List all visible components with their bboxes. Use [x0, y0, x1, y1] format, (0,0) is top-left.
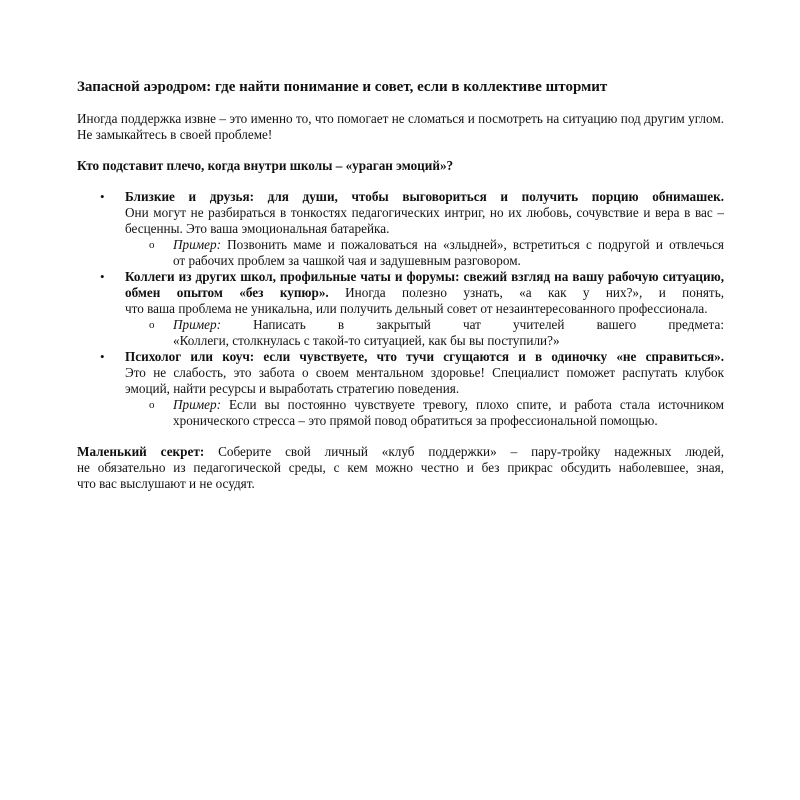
secret-label: Маленький секрет:	[77, 444, 204, 459]
list-item-line: эмоций, найти ресурсы и выработать страт…	[125, 381, 724, 397]
bullet-icon: •	[100, 189, 105, 205]
example-line: «Коллеги, столкнулась с такой-то ситуаци…	[173, 333, 724, 349]
bullet-icon: •	[100, 349, 105, 365]
example-label: Пример:	[173, 237, 221, 252]
example-item: oПример: Позвонить маме и пожаловаться н…	[77, 237, 724, 269]
list-item-line: обмен опытом «без купюр». Иногда полезно…	[125, 285, 724, 301]
example-item: oПример: Если вы постоянно чувствуете тр…	[77, 397, 724, 429]
list-item-line: Близкие и друзья: для души, чтобы выгово…	[125, 189, 724, 205]
secret-line: что вас выслушают и не осудят.	[77, 476, 724, 492]
document-page: Запасной аэродром: где найти понимание и…	[77, 78, 724, 492]
example-line: Пример: Если вы постоянно чувствуете тре…	[173, 397, 724, 413]
example-line: Пример: Позвонить маме и пожаловаться на…	[173, 237, 724, 253]
list-item-heading: Близкие и друзья: для души, чтобы выгово…	[125, 189, 724, 204]
example-line: хронического стресса – это прямой повод …	[173, 413, 724, 429]
support-list: •Близкие и друзья: для души, чтобы выгов…	[77, 189, 724, 429]
example-line: от рабочих проблем за чашкой чая и задуш…	[173, 253, 724, 269]
secret-line: Маленький секрет: Соберите свой личный «…	[77, 444, 724, 460]
sub-bullet-icon: o	[149, 397, 155, 413]
list-item-line: Коллеги из других школ, профильные чаты …	[125, 269, 724, 285]
secret-paragraph: Маленький секрет: Соберите свой личный «…	[77, 444, 724, 492]
list-item-line: Психолог или коуч: если чувствуете, что …	[125, 349, 724, 365]
sub-bullet-icon: o	[149, 317, 155, 333]
example-label: Пример:	[173, 397, 221, 412]
bullet-icon: •	[100, 269, 105, 285]
sub-bullet-icon: o	[149, 237, 155, 253]
example-line: Пример: Написать в закрытый чат учителей…	[173, 317, 724, 333]
section-heading: Кто подставит плечо, когда внутри школы …	[77, 158, 724, 174]
list-item-heading: обмен опытом «без купюр».	[125, 285, 329, 300]
list-item-line: Они могут не разбираться в тонкостях пед…	[125, 205, 724, 221]
list-item-heading: Психолог или коуч: если чувствуете, что …	[125, 349, 724, 364]
intro-line: Иногда поддержка извне – это именно то, …	[77, 111, 724, 127]
list-item: •Психолог или коуч: если чувствуете, что…	[77, 349, 724, 397]
example-item: oПример: Написать в закрытый чат учителе…	[77, 317, 724, 349]
example-label: Пример:	[173, 317, 221, 332]
list-item: •Близкие и друзья: для души, чтобы выгов…	[77, 189, 724, 237]
intro-paragraph: Иногда поддержка извне – это именно то, …	[77, 111, 724, 143]
list-item-line: бесценны. Это ваша эмоциональная батарей…	[125, 221, 724, 237]
list-item-line: Это не слабость, это забота о своем мент…	[125, 365, 724, 381]
document-title: Запасной аэродром: где найти понимание и…	[77, 78, 724, 96]
list-item: •Коллеги из других школ, профильные чаты…	[77, 269, 724, 317]
secret-line: не обязательно из педагогической среды, …	[77, 460, 724, 476]
intro-line: Не замыкайтесь в своей проблеме!	[77, 127, 724, 143]
list-item-heading: Коллеги из других школ, профильные чаты …	[125, 269, 724, 284]
list-item-line: что ваша проблема не уникальна, или полу…	[125, 301, 724, 317]
